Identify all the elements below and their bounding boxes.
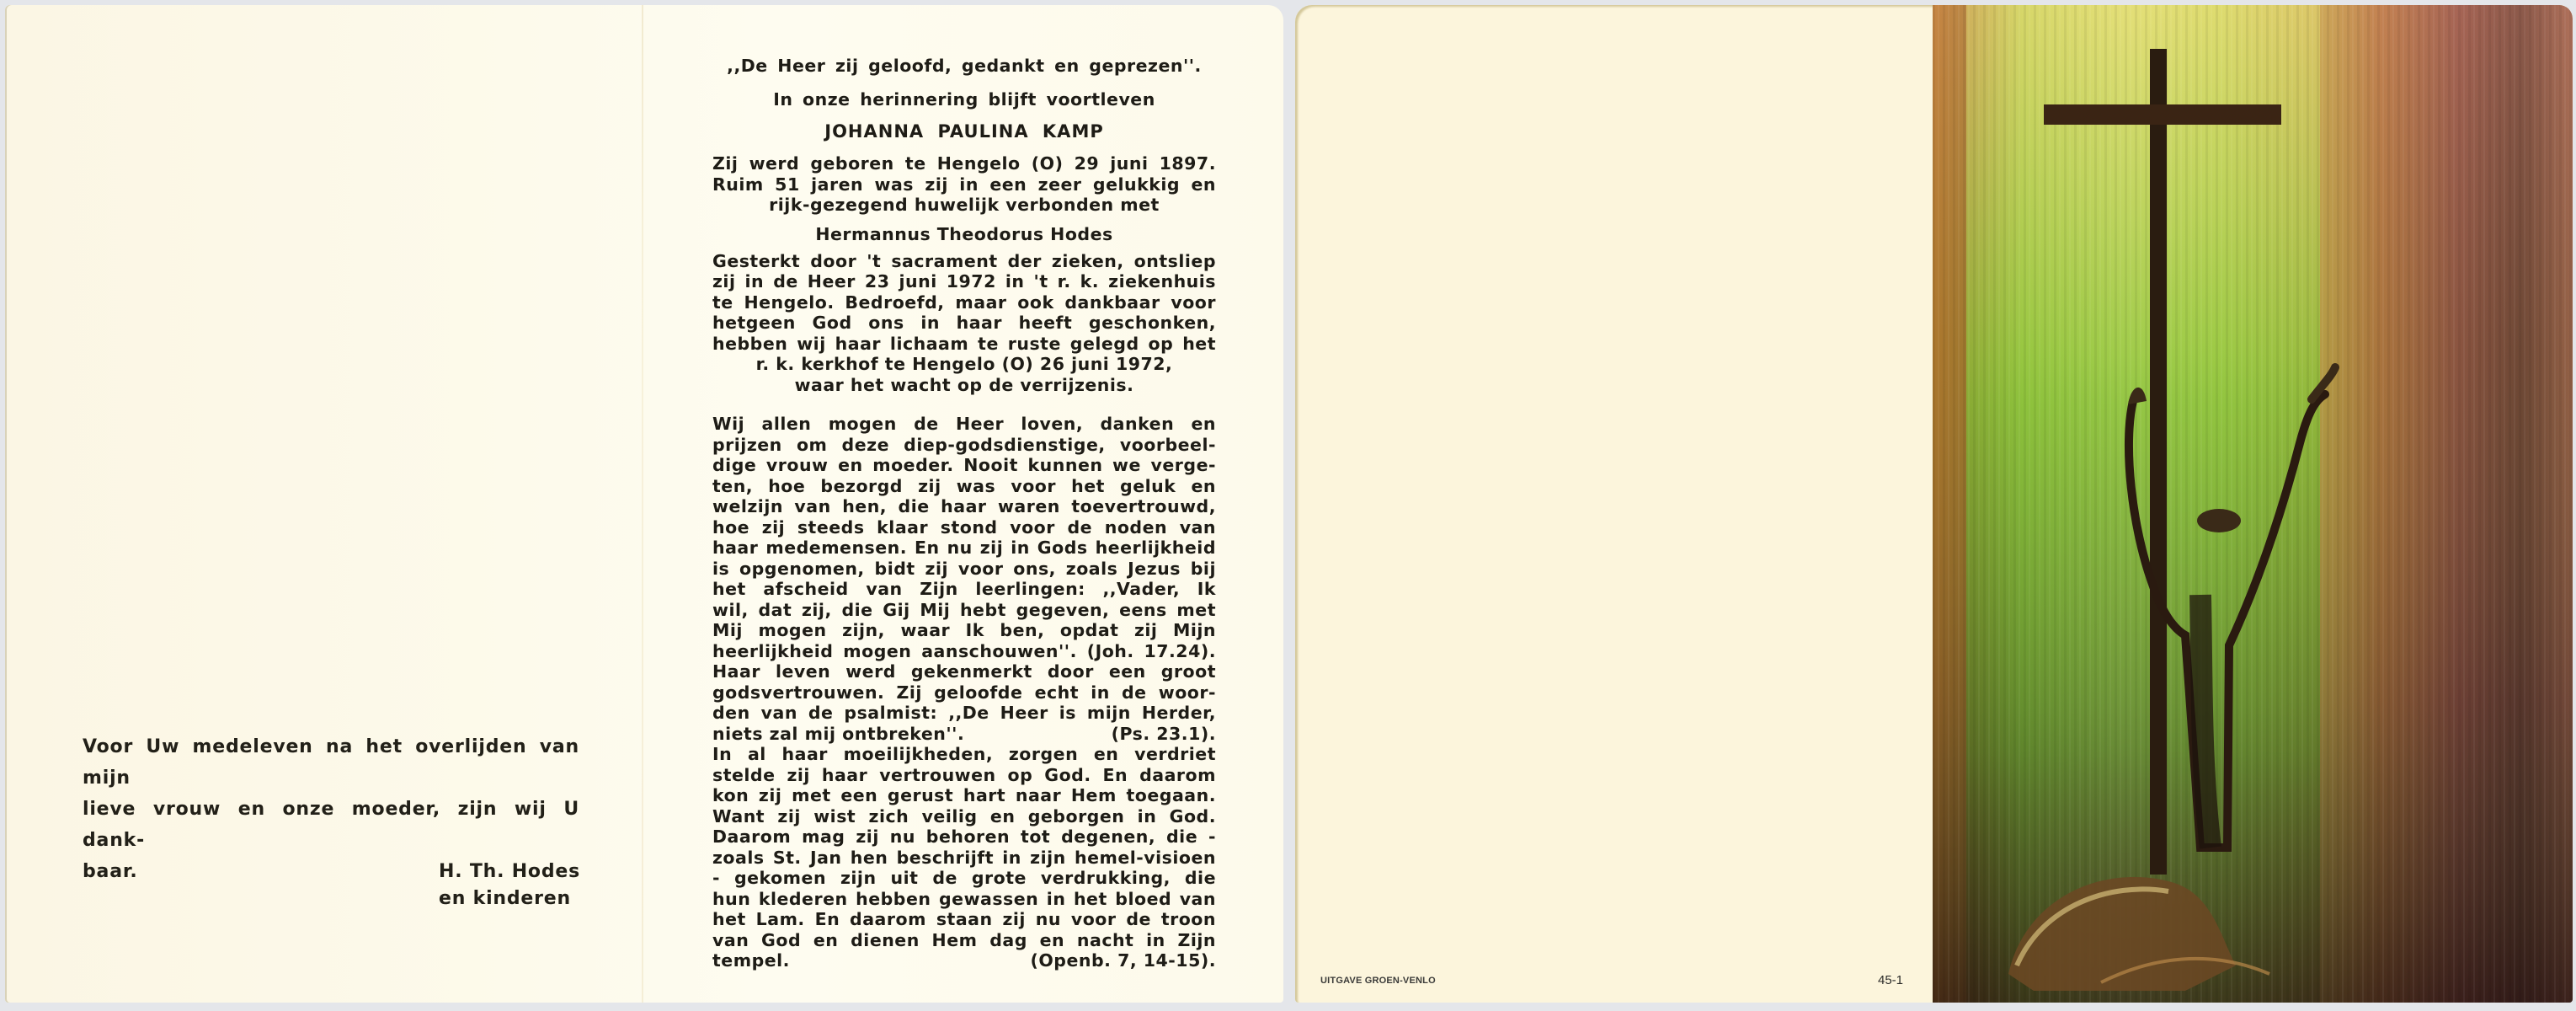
text-line: waar het wacht op de verrijzenis. xyxy=(712,375,1216,396)
memorial-text-panel: ,,De Heer zij geloofd, gedankt en geprez… xyxy=(643,5,1283,1003)
text-line: te Hengelo. Bedroefd, maar ook dankbaar … xyxy=(712,292,1216,313)
text-line: haar medemensen. En nu zij in Gods heerl… xyxy=(712,538,1216,559)
psalm-reference: (Ps. 23.1). xyxy=(1112,724,1216,745)
print-number: 45-1 xyxy=(1878,973,1903,987)
text-line: Gesterkt door 't sacrament der zieken, o… xyxy=(712,251,1216,272)
text-line: is opgenomen, bidt zij voor ons, zoals J… xyxy=(712,559,1216,580)
text-line: hebben wij haar lichaam te ruste gelegd … xyxy=(712,334,1216,355)
final-line: tempel. (Openb. 7, 14-15). xyxy=(712,950,1216,971)
text-line: godsvertrouwen. Zij geloofde echt in de … xyxy=(712,682,1216,703)
text-line: Wij allen mogen de Heer loven, danken en xyxy=(712,414,1216,435)
thanks-panel: Voor Uw medeleven na het overlijden van … xyxy=(5,5,642,1003)
text-line: hoe zij steeds klaar stond voor de noden… xyxy=(712,517,1216,538)
memorial-text: ,,De Heer zij geloofd, gedankt en geprez… xyxy=(712,54,1216,971)
text-line: r. k. kerkhof te Hengelo (O) 26 juni 197… xyxy=(712,354,1216,375)
body-paragraph-2: In al haar moeilijkheden, zorgen en verd… xyxy=(712,744,1216,950)
opening-quote: ,,De Heer zij geloofd, gedankt en geprez… xyxy=(712,54,1216,78)
intro-line: In onze herinnering blijft voortleven xyxy=(712,88,1216,111)
revelation-reference: (Openb. 7, 14-15). xyxy=(1031,950,1216,971)
signature: H. Th. Hodes en kinderen xyxy=(439,859,580,912)
signature-name: H. Th. Hodes xyxy=(439,859,580,885)
text-line: dige vrouw en moeder. Nooit kunnen we ve… xyxy=(712,455,1216,476)
death-paragraph: Gesterkt door 't sacrament der zieken, o… xyxy=(712,251,1216,396)
final-text: tempel. xyxy=(712,950,790,971)
text-line: prijzen om deze diep-godsdienstige, voor… xyxy=(712,435,1216,456)
card-inside-spread: Voor Uw medeleven na het overlijden van … xyxy=(5,5,1283,1003)
psalm-line: niets zal mij ontbreken''. (Ps. 23.1). xyxy=(712,724,1216,745)
signature-family: en kinderen xyxy=(439,885,580,912)
text-line: Ruim 51 jaren was zij in een zeer gelukk… xyxy=(712,174,1216,195)
text-line: stelde zij haar vertrouwen op God. En da… xyxy=(712,765,1216,786)
body-paragraph: Wij allen mogen de Heer loven, danken en… xyxy=(712,414,1216,724)
text-line: kon zij met een gerust hart naar Hem toe… xyxy=(712,785,1216,806)
text-line: - gekomen zijn uit de grote verdrukking,… xyxy=(712,868,1216,889)
text-line: rijk-gezegend huwelijk verbonden met xyxy=(712,195,1216,216)
card-outside-spread: UITGAVE GROEN-VENLO 45-1 xyxy=(1295,5,2573,1003)
back-cover: UITGAVE GROEN-VENLO 45-1 xyxy=(1295,5,1933,1003)
text-line: zoals St. Jan hen beschrijft in zijn hem… xyxy=(712,848,1216,869)
text-line: het afscheid van Zijn leerlingen: ,,Vade… xyxy=(712,579,1216,600)
text-line: hun klederen hebben gewassen in het bloe… xyxy=(712,889,1216,910)
front-cover-painting xyxy=(1933,5,2573,1003)
text-line: Zij werd geboren te Hengelo (O) 29 juni … xyxy=(712,153,1216,174)
text-line: van God en dienen Hem dag en nacht in Zi… xyxy=(712,930,1216,951)
text-line: Mij mogen zijn, waar Ik ben, opdat zij M… xyxy=(712,620,1216,641)
text-line: Haar leven werd gekenmerkt door een groo… xyxy=(712,661,1216,682)
text-line: Want zij wist zich veilig en geborgen in… xyxy=(712,806,1216,827)
cross-icon xyxy=(1933,5,2573,1003)
psalm-text: niets zal mij ontbreken''. xyxy=(712,724,964,745)
deceased-name: JOHANNA PAULINA KAMP xyxy=(712,120,1216,143)
text-line: Daarom mag zij nu behoren tot degenen, d… xyxy=(712,826,1216,848)
thanks-line: Voor Uw medeleven na het overlijden van … xyxy=(83,731,579,794)
birth-paragraph: Zij werd geboren te Hengelo (O) 29 juni … xyxy=(712,153,1216,216)
text-line: het Lam. En daarom staan zij nu voor de … xyxy=(712,909,1216,930)
text-line: In al haar moeilijkheden, zorgen en verd… xyxy=(712,744,1216,765)
publisher-imprint: UITGAVE GROEN-VENLO xyxy=(1320,976,1436,986)
text-line: ten, hoe bezorgd zij was voor het geluk … xyxy=(712,476,1216,497)
thanks-line: lieve vrouw en onze moeder, zijn wij U d… xyxy=(83,794,579,856)
text-line: den van de psalmist: ,,De Heer is mijn H… xyxy=(712,703,1216,724)
husband-name: Hermannus Theodorus Hodes xyxy=(712,222,1216,246)
text-line: hetgeen God ons in haar heeft geschonken… xyxy=(712,313,1216,334)
text-line: heerlijkheid mogen aanschouwen''. (Joh. … xyxy=(712,641,1216,662)
text-line: zij in de Heer 23 juni 1972 in 't r. k. … xyxy=(712,271,1216,292)
text-line: welzijn van hen, die haar waren toevertr… xyxy=(712,496,1216,517)
text-line: wil, dat zij, die Gij Mij hebt gegeven, … xyxy=(712,600,1216,621)
